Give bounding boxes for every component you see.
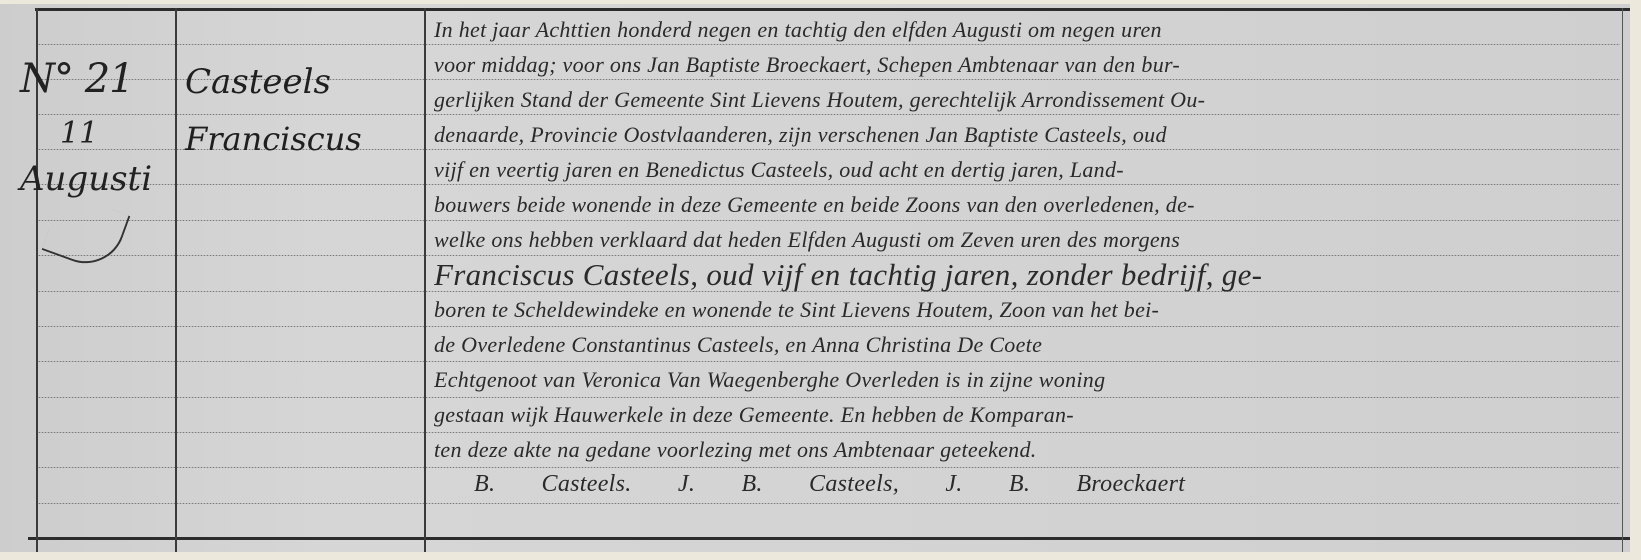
body-line: bouwers beide wonende in deze Gemeente e… [434,187,1614,222]
body-line: Echtgenoot van Veronica Van Waegenberghe… [434,362,1614,397]
register-page-scan: N° 21 11 Augusti Casteels Franciscus In … [0,4,1630,552]
record-body: In het jaar Achttien honderd negen en ta… [434,12,1614,502]
signature: J. B. Broeckaert [945,471,1185,497]
body-line: boren te Scheldewindeke en wonende te Si… [434,292,1614,327]
body-line: gerlijken Stand der Gemeente Sint Lieven… [434,82,1614,117]
deceased-name-line: Franciscus Casteels, oud vijf en tachtig… [434,257,1614,292]
body-line: voor middag; voor ons Jan Baptiste Broec… [434,47,1614,82]
body-line: gestaan wijk Hauwerkele in deze Gemeente… [434,397,1614,432]
record-day: 11 [60,116,180,151]
body-line: In het jaar Achttien honderd negen en ta… [434,12,1614,47]
body-line: denaarde, Provincie Oostvlaanderen, zijn… [434,117,1614,152]
given-name: Franciscus [185,120,415,158]
body-line: welke ons hebben verklaard dat heden Elf… [434,222,1614,257]
body-line: ten deze akte na gedane voorlezing met o… [434,432,1614,467]
body-line: de Overledene Constantinus Casteels, en … [434,327,1614,362]
surname: Casteels [185,62,415,102]
signature: B. Casteels. [474,471,632,497]
record-month: Augusti [20,159,180,199]
name-column: Casteels Franciscus [185,62,415,158]
record-number: N° 21 [20,56,180,102]
signatures-line: B. Casteels. J. B. Casteels, J. B. Broec… [434,467,1614,502]
signature: J. B. Casteels, [678,471,899,497]
ruled-line [38,503,1620,504]
right-edge-line [1622,8,1623,552]
body-line: vijf en veertig jaren en Benedictus Cast… [434,152,1614,187]
record-number-column: N° 21 11 Augusti [20,56,180,199]
scan-border [1630,0,1641,560]
